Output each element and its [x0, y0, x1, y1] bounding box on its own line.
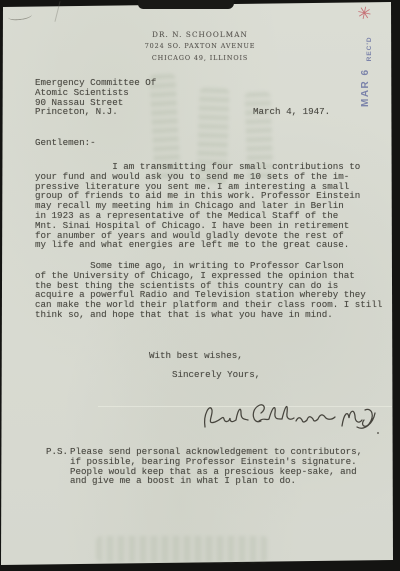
postscript: P.S. Please send personal acknowledgemen… — [46, 447, 362, 486]
received-date-stamp: MAR 6 REC'D — [355, 27, 375, 107]
letterhead-street: 7024 SO. PAXTON AVENUE — [0, 42, 400, 50]
bleedthrough-ghost — [96, 536, 268, 562]
letterhead: DR. N. SCHOOLMAN 7024 SO. PAXTON AVENUE … — [0, 30, 400, 62]
closing-sincerely: Sincerely Yours, — [172, 370, 260, 380]
ps-text: Please send personal acknowledgement to … — [70, 447, 362, 486]
signature-handwriting — [198, 396, 380, 447]
scanned-letter: DR. N. SCHOOLMAN 7024 SO. PAXTON AVENUE … — [0, 0, 400, 571]
closing-regards: With best wishes, — [149, 351, 243, 361]
received-stamp-date: MAR 6 — [360, 68, 371, 107]
body-paragraph-1: I am transmitting four small contributio… — [35, 162, 360, 250]
recipient-address: Emergency Committee Of Atomic Scientists… — [35, 78, 156, 117]
received-stamp-label: REC'D — [366, 36, 373, 61]
salutation: Gentlemen:- — [35, 138, 96, 148]
ps-label: P.S. — [46, 447, 70, 486]
letterhead-city: CHICAGO 49, ILLINOIS — [0, 54, 400, 62]
body-paragraph-2: Some time ago, in writing to Professor C… — [35, 261, 382, 320]
letterhead-name: DR. N. SCHOOLMAN — [0, 30, 400, 39]
letter-date: March 4, 1947. — [253, 107, 330, 117]
scan-edge-shadow — [138, 0, 234, 9]
